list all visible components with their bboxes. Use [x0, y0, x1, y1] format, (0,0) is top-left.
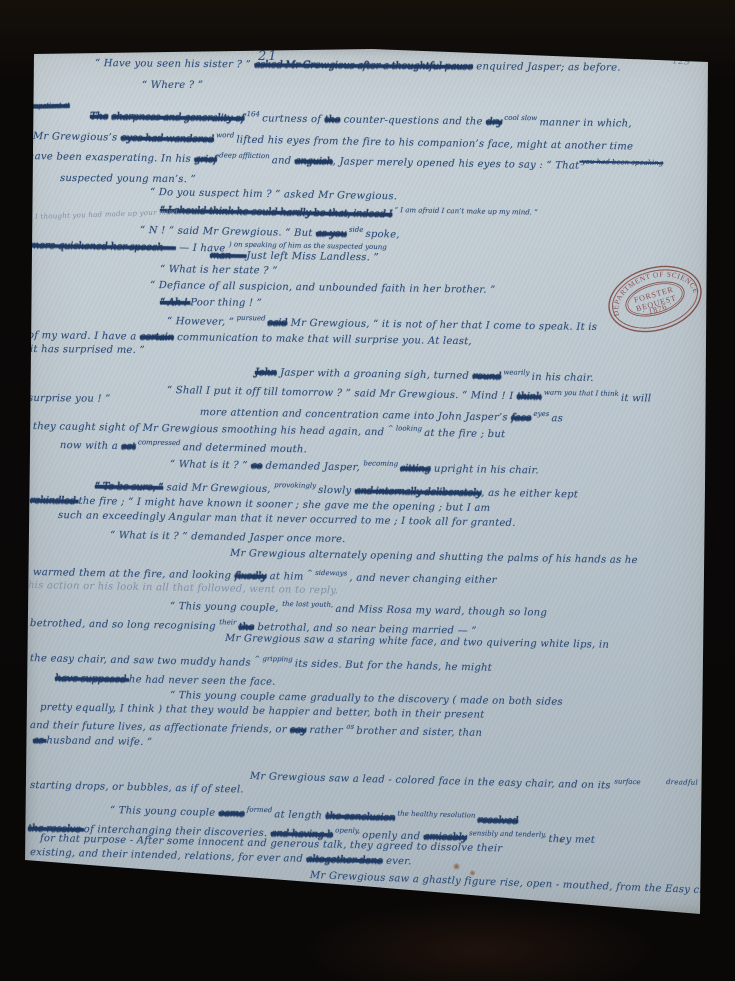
- interlinear-insertion: formed: [245, 806, 275, 815]
- deleted-text: more: [30, 240, 58, 251]
- manuscript-line: “ What is it ? ” co demanded Jasper, bec…: [170, 456, 539, 476]
- manuscript-line: starting drops, or bubbles, as if of ste…: [30, 780, 244, 795]
- interlinear-insertion: deep affliction: [217, 151, 272, 160]
- deleted-text: eyes had wandered: [121, 133, 214, 146]
- handwritten-text: Jasper with a groaning sigh, turned: [277, 367, 473, 381]
- handwritten-text: “ This young couple: [110, 805, 219, 819]
- deleted-text: impatient at: [30, 101, 70, 110]
- manuscript-line: Mr Grewgious alternately opening and shu…: [230, 548, 638, 566]
- interlinear-insertion: pursued: [234, 314, 268, 322]
- deleted-text: anguish: [295, 156, 333, 168]
- handwritten-text: curtness of: [262, 113, 325, 125]
- handwritten-text: lifted his eyes from the fire to his com…: [236, 135, 633, 153]
- handwritten-text: ever.: [382, 856, 411, 868]
- manuscript-line: “ N ! ” said Mr Grewgious. “ But as you …: [140, 222, 400, 241]
- interlinear-insertion: sensibly and tenderly,: [467, 829, 549, 839]
- handwritten-text: “ However, ”: [167, 316, 234, 328]
- foxing-spot: [469, 870, 476, 876]
- manuscript-line: I thought you had made up your mind,: [35, 208, 181, 221]
- handwritten-text: enquired Jasper; as before.: [473, 61, 621, 73]
- handwritten-text: Mr Grewgious, “ it is not of her that I …: [287, 318, 597, 333]
- handwritten-text: Just left Miss Landless. ”: [246, 251, 379, 264]
- handwritten-text: Mr Grewgious alternately opening and shu…: [230, 548, 638, 566]
- handwritten-text: rather: [306, 725, 346, 737]
- handwritten-text: its sides. But for the hands, he might: [295, 659, 492, 674]
- interlinear-insertion: surface: [614, 778, 640, 787]
- handwritten-text: the easy chair, and saw two muddy hands: [30, 653, 255, 669]
- deleted-text: John: [255, 367, 277, 378]
- manuscript-line: “ Shall I put it off till tomorrow ? ” s…: [167, 382, 652, 404]
- handwritten-text: now with a: [60, 440, 122, 452]
- interlinear-insertion: eyes: [531, 410, 551, 418]
- deleted-text: say: [290, 725, 306, 736]
- handwritten-text: and: [272, 155, 295, 166]
- manuscript-line: “ Have you seen his sister ? ” asked Mr …: [95, 58, 621, 74]
- interlinear-insertion: ^ sideways: [307, 569, 350, 578]
- deleted-text: “ Ah !: [160, 297, 190, 308]
- handwritten-text: it has surprised me. ”: [30, 344, 145, 356]
- handwritten-text: existing, and their intended, relations,…: [30, 847, 307, 865]
- handwritten-text: starting drops, or bubbles, as if of ste…: [30, 780, 244, 795]
- foxing-spot: [452, 863, 461, 870]
- handwritten-text: and their future lives, as affectionate …: [30, 720, 290, 736]
- handwritten-text: , Jasper merely opened his eyes to say :…: [333, 156, 580, 171]
- handwritten-text: have been exasperating. In his: [28, 151, 195, 165]
- handwritten-text: I thought you had made up your mind,: [35, 208, 181, 221]
- manuscript-line: suspected young man’s. ”: [60, 173, 196, 185]
- interlinear-insertion: becoming: [363, 459, 400, 468]
- deleted-text: have supposed: [55, 673, 129, 685]
- interlinear-insertion: “ I am afraid I can’t make up my mind. ”: [392, 206, 538, 217]
- manuscript-line: Mr Grewgious saw a staring white face, a…: [225, 633, 609, 651]
- handwritten-text: , as he either kept: [481, 488, 578, 501]
- deleted-text: round: [472, 371, 501, 382]
- deleted-text: fixedly: [235, 571, 267, 583]
- manuscript-line: it has surprised me. ”: [30, 344, 145, 356]
- handwritten-text: communication to make that will surprise…: [174, 332, 472, 347]
- manuscript-line: have supposed he had never seen the face…: [55, 673, 276, 688]
- manuscript-line: Mr Grewgious saw a lead - colored face i…: [250, 768, 641, 792]
- manuscript-page: 21 129 DEPARTMENT OF SCIENCE · 1876 · FO…: [22, 48, 712, 918]
- photo-background: 21 129 DEPARTMENT OF SCIENCE · 1876 · FO…: [0, 0, 735, 981]
- deleted-text: said: [268, 317, 288, 328]
- manuscript-line: Mr Grewgious saw a ghastly figure rise, …: [310, 870, 721, 897]
- deleted-text: the: [325, 114, 341, 125]
- deleted-text: the: [238, 622, 254, 633]
- handwritten-text: Poor thing ! ”: [190, 297, 262, 309]
- deleted-text: man —: [210, 250, 247, 262]
- forster-bequest-stamp-icon: DEPARTMENT OF SCIENCE · 1876 · FORSTER B…: [597, 250, 714, 349]
- manuscript-line: as husband and wife. ”: [33, 735, 153, 748]
- handwritten-text: demanded Jasper,: [262, 461, 363, 474]
- deleted-text: rekindled: [30, 495, 79, 507]
- deleted-text: sitting: [400, 463, 430, 475]
- manuscript-line: “ Where ? ”: [142, 80, 203, 91]
- handwritten-text: he had never seen the face.: [129, 674, 276, 688]
- handwritten-text: brother and sister, than: [356, 726, 482, 739]
- manuscript-line: “ However, ” pursued said Mr Grewgious, …: [167, 313, 597, 333]
- deleted-text: set: [121, 441, 135, 452]
- handwritten-text: “ What is it ? ”: [170, 459, 251, 471]
- handwritten-text: as: [551, 413, 563, 424]
- handwritten-text: of my ward. I have a: [28, 330, 140, 343]
- handwritten-text: betrothed, and so long recognising: [30, 618, 219, 632]
- deleted-text: the conclusion: [325, 811, 395, 824]
- handwritten-text: and determined mouth.: [183, 442, 308, 455]
- manuscript-line: The sharpness and generality of 164 curt…: [90, 108, 632, 130]
- deleted-text: face: [511, 412, 531, 423]
- handwritten-text: manner in which,: [539, 117, 632, 129]
- handwritten-text: warmed them at the fire, and looking: [33, 567, 235, 582]
- handwritten-text: Mr Grewgious saw a ghastly figure rise, …: [310, 870, 721, 897]
- deleted-text: dry: [486, 117, 502, 128]
- handwritten-text: they caught sight of Mr Grewgious smooth…: [33, 421, 388, 438]
- handwritten-text: Mr Grewgious saw a lead - colored face i…: [250, 771, 615, 792]
- handwritten-text: they met: [548, 834, 595, 846]
- handwritten-text: at him: [266, 571, 307, 583]
- interlinear-insertion: word: [214, 131, 237, 139]
- interlinear-insertion: compressed: [136, 438, 183, 447]
- handwritten-text: “ Where ? ”: [142, 80, 203, 91]
- handwritten-text: “ N ! ” said Mr Grewgious. “ But: [140, 225, 316, 239]
- handwritten-text: “ Have you seen his sister ? ”: [95, 58, 255, 70]
- handwritten-text: and Miss Rosa my ward, though so long: [335, 604, 547, 619]
- deleted-text: think: [517, 391, 542, 402]
- handwritten-text: “ What is it ? ” demanded Jasper once mo…: [110, 530, 346, 545]
- handwritten-text: “ Do you suspect him ? ” asked Mr Grewgi…: [150, 187, 397, 202]
- handwritten-text: in his chair.: [532, 372, 594, 384]
- manuscript-line: “ What is her state ? ”: [160, 264, 278, 277]
- deleted-text: grief: [194, 154, 217, 165]
- handwritten-text: at the fire ; but: [424, 428, 505, 440]
- handwritten-text: upright in his chair.: [430, 464, 539, 477]
- manuscript-line: “ Do you suspect him ? ” asked Mr Grewgi…: [150, 187, 397, 202]
- handwritten-text: “ Shall I put it off till tomorrow ? ” s…: [167, 385, 517, 402]
- handwritten-text: slowly: [318, 485, 355, 497]
- deleted-text: “ To be sure, ”: [95, 481, 163, 493]
- handwritten-text: “ This young couple,: [170, 601, 282, 614]
- deleted-text: resolved: [477, 815, 518, 827]
- deleted-text: “ I should think he could hardly be that…: [160, 205, 392, 220]
- manuscript-line: now with a set compressed and determined…: [60, 437, 307, 455]
- handwritten-text: spoke,: [365, 229, 399, 241]
- handwritten-text: dreadful: [666, 778, 698, 787]
- interlinear-insertion: cool slow: [502, 114, 539, 123]
- handwritten-text: Mr Grewgious’s: [33, 131, 121, 144]
- deleted-text: certain: [140, 332, 174, 343]
- manuscript-line: surprise you ! ”: [28, 393, 111, 405]
- interlinear-insertion: the lost youth,: [282, 600, 335, 609]
- handwritten-text: , and never changing either: [349, 573, 496, 587]
- handwritten-text: said Mr Grewgious,: [163, 482, 274, 495]
- manuscript-line: “ Ah ! Poor thing ! ”: [160, 297, 262, 309]
- interlinear-insertion: the healthy resolution: [395, 809, 478, 819]
- handwritten-text: surprise you ! ”: [28, 393, 111, 405]
- handwritten-text: at length: [274, 809, 326, 821]
- deleted-text: as you: [316, 228, 347, 240]
- manuscript-line: “ Defiance of all suspicion, and unbound…: [150, 280, 496, 296]
- handwritten-text: it will: [621, 393, 651, 405]
- deleted-text: altogether done: [306, 854, 382, 867]
- manuscript-line: “ What is it ? ” demanded Jasper once mo…: [110, 530, 346, 545]
- interlinear-insertion: 164: [244, 110, 262, 118]
- deleted-text: you had been speaking: [579, 158, 663, 167]
- deleted-text: and internally deliberately: [355, 486, 482, 499]
- handwritten-text: “ What is her state ? ”: [160, 264, 278, 277]
- interlinear-insertion: warn you that I think: [542, 389, 622, 398]
- handwritten-text: counter-questions and the: [340, 114, 486, 127]
- manuscript-line: the easy chair, and saw two muddy hands …: [30, 650, 492, 674]
- deleted-text: The: [90, 111, 108, 122]
- interlinear-insertion: provokingly: [274, 481, 318, 490]
- deleted-text: as: [33, 735, 47, 746]
- manuscript-line: John Jasper with a groaning sigh, turned…: [255, 364, 594, 384]
- manuscript-line: “ This young couple, the lost youth, and…: [170, 598, 547, 619]
- interlinear-insertion: ^ looking: [388, 424, 425, 433]
- interlinear-insertion: wearily: [501, 368, 532, 377]
- manuscript-line: impatient at: [30, 101, 70, 110]
- interlinear-insertion: side: [347, 226, 366, 234]
- interlinear-insertion: ^ gripping: [254, 655, 295, 664]
- manuscript-line: have been exasperating. In his grief dee…: [28, 148, 663, 173]
- interlinear-insertion: openly,: [333, 826, 362, 835]
- deleted-text: sharpness and generality of: [111, 111, 244, 124]
- deleted-text: co: [251, 460, 262, 471]
- deleted-text: came: [219, 808, 245, 820]
- manuscript-line: man — Just left Miss Landless. ”: [210, 250, 379, 263]
- deleted-text: quickened her speech —: [58, 240, 176, 253]
- interlinear-insertion: as: [346, 723, 356, 731]
- handwritten-text: suspected young man’s. ”: [60, 173, 196, 185]
- handwritten-text: Mr Grewgious saw a staring white face, a…: [225, 633, 609, 651]
- interlinear-insertion: their: [219, 618, 238, 626]
- folio-number: 129: [672, 55, 691, 68]
- manuscript-line: dreadful: [666, 778, 698, 787]
- manuscript-line: “ I should think he could hardly be that…: [160, 202, 538, 223]
- deleted-text: asked Mr Grewgious after a thoughtful pa…: [254, 59, 473, 72]
- handwritten-text: “ Defiance of all suspicion, and unbound…: [150, 280, 496, 296]
- handwritten-text: husband and wife. ”: [46, 735, 152, 748]
